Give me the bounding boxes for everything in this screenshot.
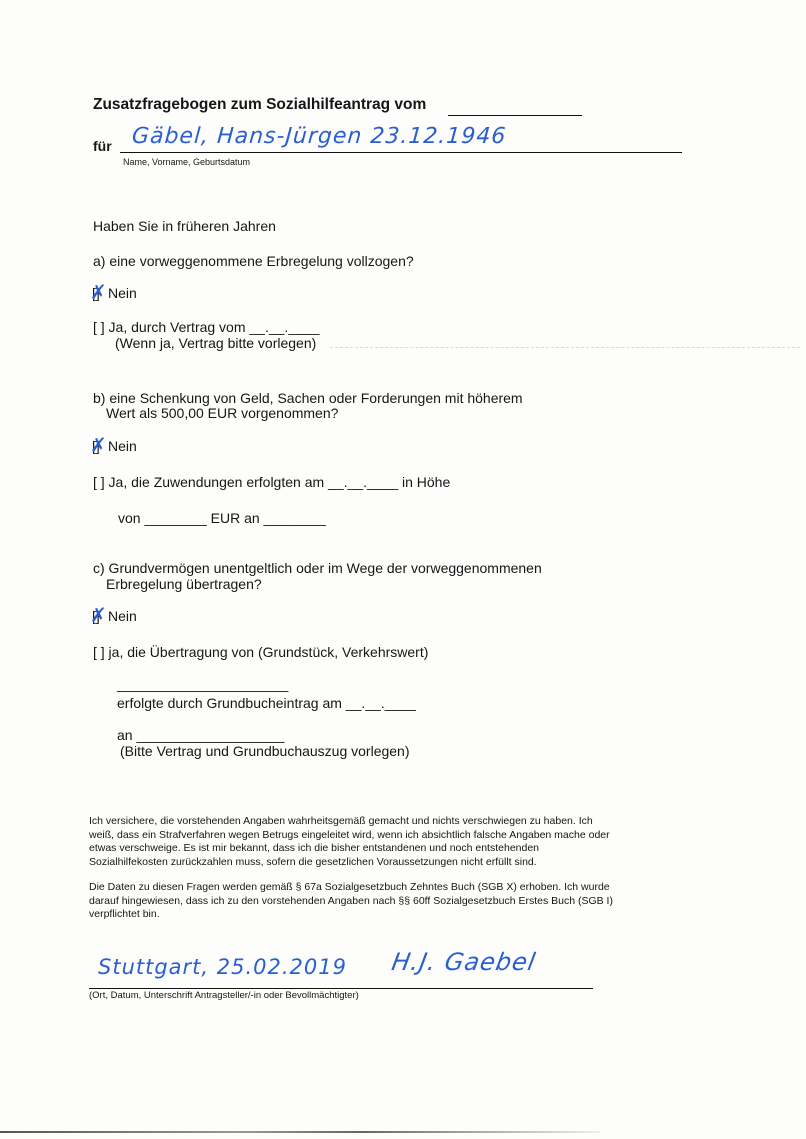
nein-label: Nein xyxy=(108,285,137,301)
declaration-line: verpflichtet bin. xyxy=(89,908,613,922)
declaration-paragraph-1: Ich versichere, die vorstehenden Angaben… xyxy=(89,815,610,869)
question-c-grundbuch-line[interactable]: erfolgte durch Grundbucheintrag am __.__… xyxy=(117,695,416,711)
name-field-line xyxy=(120,152,682,153)
question-c-line1: c) Grundvermögen unentgeltlich oder im W… xyxy=(93,560,542,576)
question-c-property-blank[interactable]: ______________________ xyxy=(117,676,288,692)
question-c-an-line[interactable]: an ___________________ xyxy=(117,727,284,743)
declaration-line: Die Daten zu diesen Fragen werden gemäß … xyxy=(89,881,613,895)
checkbox-checked-icon[interactable]: []✗ xyxy=(92,608,108,624)
scan-artifact xyxy=(330,347,800,348)
date-field-line[interactable] xyxy=(448,115,582,116)
fuer-label: für xyxy=(93,138,112,154)
form-title: Zusatzfragebogen zum Sozialhilfeantrag v… xyxy=(93,96,426,114)
question-a-ja-option[interactable]: [ ] Ja, durch Vertrag vom __.__.____ xyxy=(93,319,319,335)
declaration-line: darauf hingewiesen, dass ich zu den vors… xyxy=(89,895,613,909)
question-b-line2: Wert als 500,00 EUR vorgenommen? xyxy=(106,405,338,421)
nein-label: Nein xyxy=(108,438,137,454)
nein-label: Nein xyxy=(108,608,137,624)
question-b-amount-line[interactable]: von ________ EUR an ________ xyxy=(118,510,326,526)
question-c-nein-option[interactable]: []✗Nein xyxy=(92,608,137,624)
declaration-line: Ich versichere, die vorstehenden Angaben… xyxy=(89,815,610,829)
declaration-line: weiß, dass ein Strafverfahren wegen Betr… xyxy=(89,829,610,843)
question-b-line1: b) eine Schenkung von Geld, Sachen oder … xyxy=(93,390,523,406)
question-c-line2: Erbregelung übertragen? xyxy=(106,576,262,592)
question-b-nein-option[interactable]: []✗Nein xyxy=(92,438,137,454)
name-field-value[interactable]: Gäbel, Hans-Jürgen 23.12.1946 xyxy=(131,124,507,149)
question-b-ja-option[interactable]: [ ] Ja, die Zuwendungen erfolgten am __.… xyxy=(93,474,450,490)
declaration-line: Sozialhilfekosten zurückzahlen muss, sof… xyxy=(89,856,610,870)
signature-line xyxy=(89,988,593,989)
checkbox-checked-icon[interactable]: []✗ xyxy=(92,438,108,454)
checkbox-checked-icon[interactable]: []✗ xyxy=(92,285,108,301)
question-a-nein-option[interactable]: []✗Nein xyxy=(92,285,137,301)
name-field-hint: Name, Vorname, Geburtsdatum xyxy=(123,157,250,167)
question-c-ja-option[interactable]: [ ] ja, die Übertragung von (Grundstück,… xyxy=(93,644,428,660)
place-date-value[interactable]: Stuttgart, 25.02.2019 xyxy=(98,955,347,979)
signature-value[interactable]: H.J. Gaebel xyxy=(390,948,539,976)
declaration-paragraph-2: Die Daten zu diesen Fragen werden gemäß … xyxy=(89,881,613,922)
question-a: a) eine vorweggenommene Erbregelung voll… xyxy=(93,253,414,269)
signature-hint: (Ort, Datum, Unterschrift Antragsteller/… xyxy=(89,990,359,1001)
question-c-note: (Bitte Vertrag und Grundbuchauszug vorle… xyxy=(120,743,410,759)
intro-text: Haben Sie in früheren Jahren xyxy=(93,218,276,234)
question-a-note: (Wenn ja, Vertrag bitte vorlegen) xyxy=(115,335,316,351)
declaration-line: etwas verschweige. Es ist mir bekannt, d… xyxy=(89,842,610,856)
scan-edge xyxy=(0,1131,600,1133)
